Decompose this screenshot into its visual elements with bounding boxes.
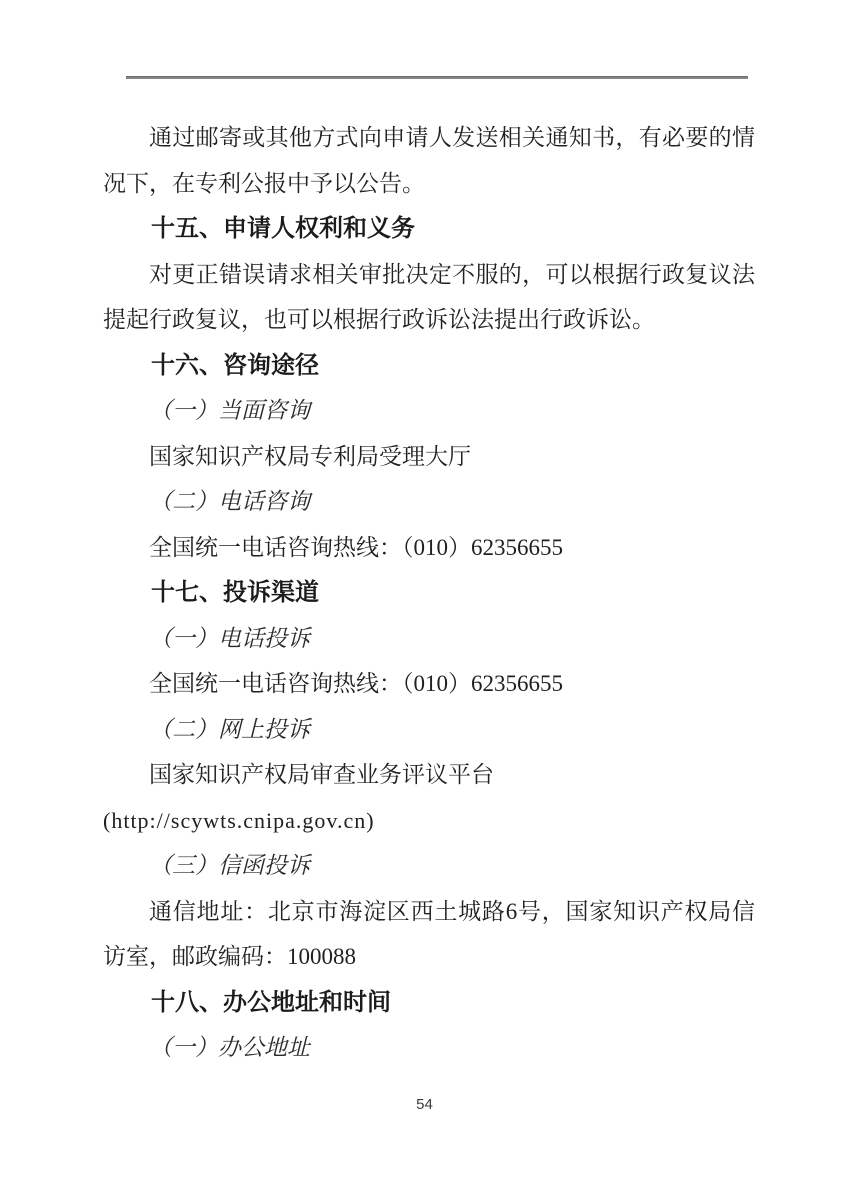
- page-number: 54: [0, 1096, 849, 1113]
- section-heading-18: 十八、办公地址和时间: [103, 980, 755, 1026]
- body-line: 国家知识产权局专利局受理大厅: [103, 434, 755, 480]
- section-heading-17: 十七、投诉渠道: [103, 570, 755, 616]
- subsection-heading: （一）电话投诉: [103, 616, 755, 662]
- body-line: 国家知识产权局审查业务评议平台: [103, 752, 755, 798]
- url-line: (http://scywts.cnipa.gov.cn): [103, 798, 755, 844]
- subsection-heading: （一）办公地址: [103, 1025, 755, 1071]
- section-heading-15: 十五、申请人权利和义务: [103, 206, 755, 252]
- body-paragraph: 通过邮寄或其他方式向申请人发送相关通知书，有必要的情况下，在专利公报中予以公告。: [103, 115, 755, 206]
- subsection-heading: （二）电话咨询: [103, 479, 755, 525]
- hotline-number-line: 全国统一电话咨询热线：（010）62356655: [103, 661, 755, 707]
- header-divider: [126, 76, 748, 79]
- subsection-heading: （一）当面咨询: [103, 388, 755, 434]
- subsection-heading: （二）网上投诉: [103, 707, 755, 753]
- document-body: 通过邮寄或其他方式向申请人发送相关通知书，有必要的情况下，在专利公报中予以公告。…: [103, 115, 755, 1071]
- subsection-heading: （三）信函投诉: [103, 843, 755, 889]
- document-page: 通过邮寄或其他方式向申请人发送相关通知书，有必要的情况下，在专利公报中予以公告。…: [0, 0, 849, 1200]
- section-heading-16: 十六、咨询途径: [103, 343, 755, 389]
- body-paragraph: 对更正错误请求相关审批决定不服的，可以根据行政复议法提起行政复议，也可以根据行政…: [103, 252, 755, 343]
- hotline-number-line: 全国统一电话咨询热线：（010）62356655: [103, 525, 755, 571]
- body-paragraph: 通信地址：北京市海淀区西土城路6号，国家知识产权局信访室，邮政编码：100088: [103, 889, 755, 980]
